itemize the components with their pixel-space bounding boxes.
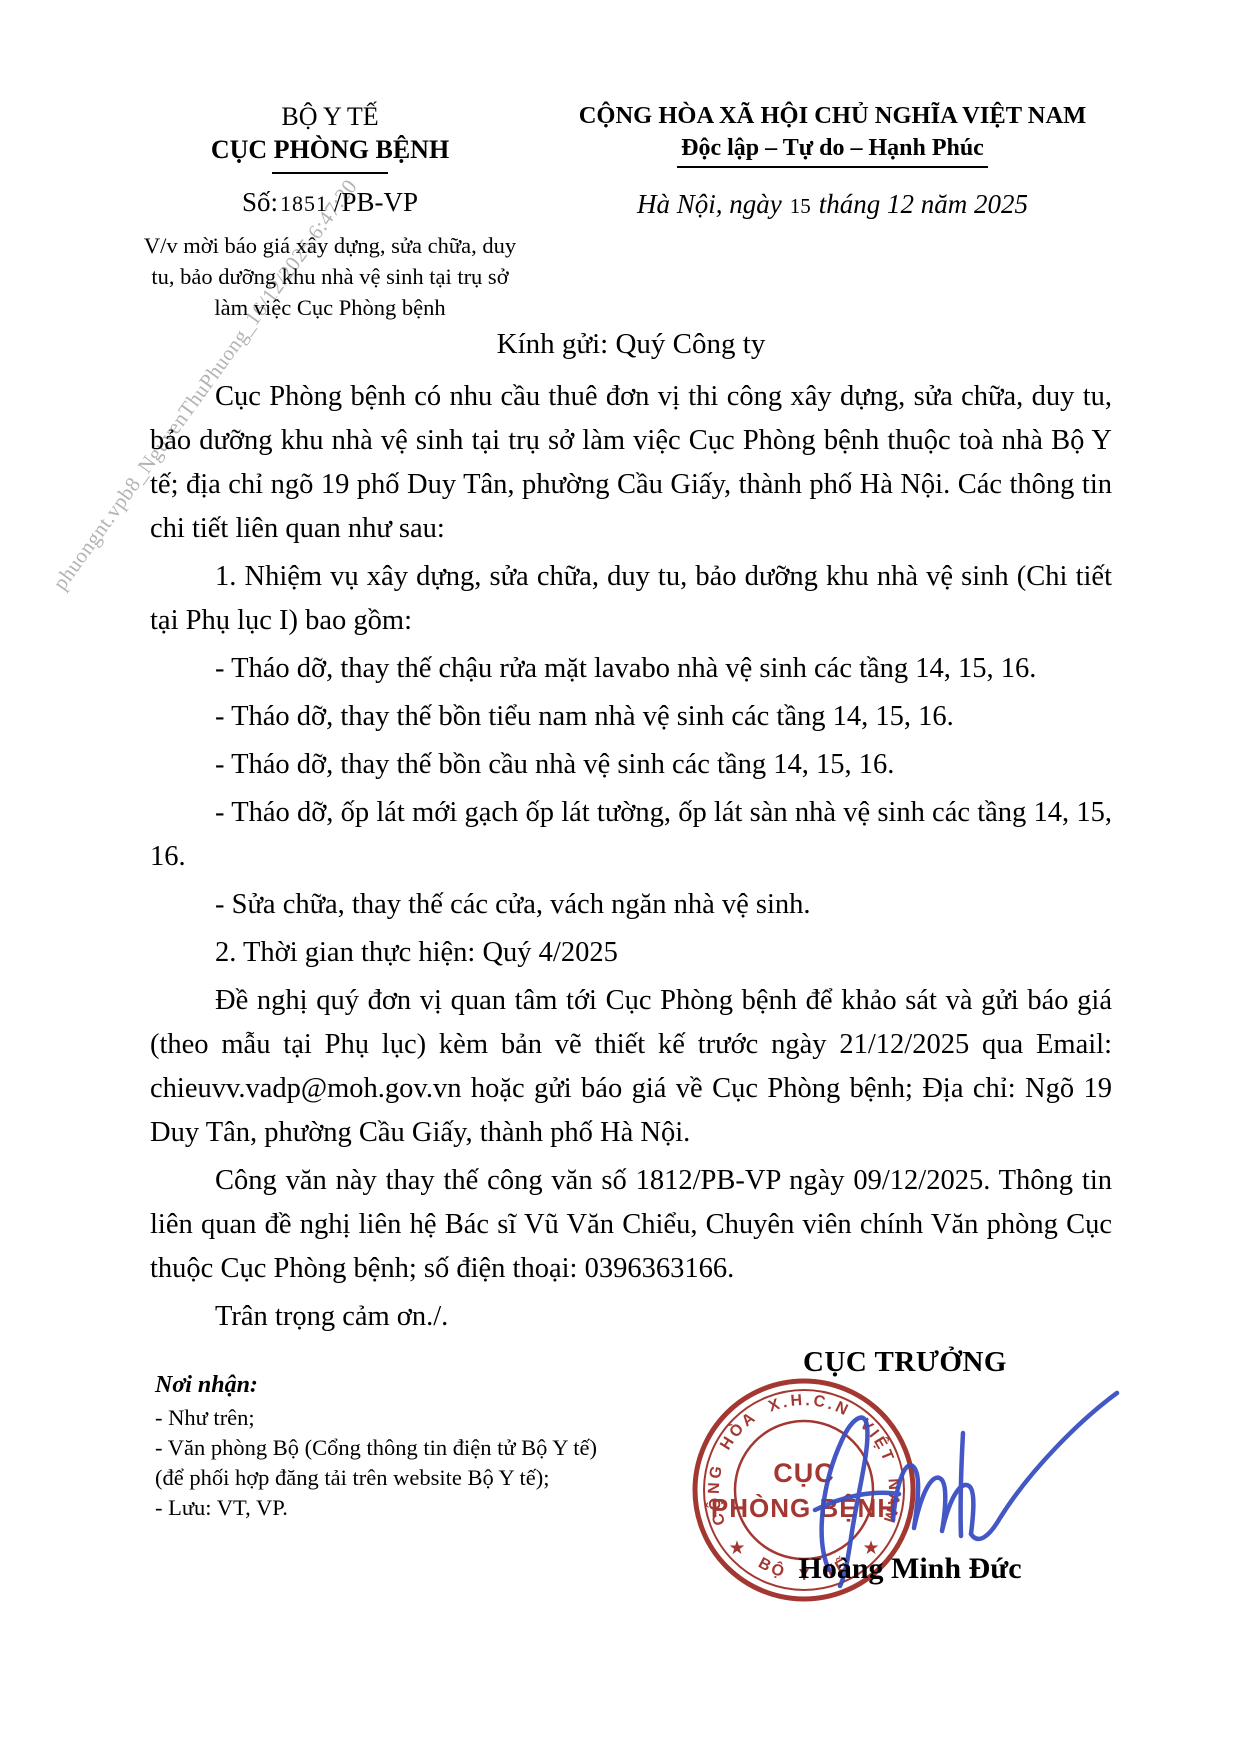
recipients-block: Nơi nhận: - Như trên; - Văn phòng Bộ (Cổ… [155, 1372, 665, 1523]
signature-stroke [961, 1433, 963, 1536]
national-motto: Độc lập – Tự do – Hạnh Phúc [677, 135, 988, 168]
recipient-item: - Lưu: VT, VP. [155, 1493, 665, 1523]
document-subject: V/v mời báo giá xây dựng, sửa chữa, duy … [135, 230, 525, 323]
national-header-block: CỘNG HÒA XÃ HỘI CHỦ NGHĨA VIỆT NAM Độc l… [545, 102, 1120, 220]
document-number: Số:1851/PB-VP [135, 187, 525, 218]
paragraph-intro: Cục Phòng bệnh có nhu cầu thuê đơn vị th… [150, 375, 1112, 551]
date-suffix: tháng 12 năm 2025 [819, 189, 1028, 219]
seal-star-left: ★ [728, 1538, 745, 1559]
document-body: Kính gửi: Quý Công ty Cục Phòng bệnh có … [150, 322, 1112, 1343]
parent-org-name: BỘ Y TẾ [135, 102, 525, 132]
bullet-item: - Tháo dỡ, thay thế bồn tiểu nam nhà vệ … [150, 695, 1112, 739]
issuing-org-block: BỘ Y TẾ CỤC PHÒNG BỆNH Số:1851/PB-VP V/v… [135, 102, 525, 323]
bullet-item: - Sửa chữa, thay thế các cửa, vách ngăn … [150, 883, 1112, 927]
recipients-label: Nơi nhận: [155, 1372, 665, 1399]
date-prefix: Hà Nội, ngày [637, 189, 782, 219]
document-number-suffix: /PB-VP [334, 187, 418, 217]
date-day: 15 [782, 194, 819, 218]
closing-line: Trân trọng cảm ơn./. [150, 1295, 1112, 1339]
paragraph-replace-note: Công văn này thay thế công văn số 1812/P… [150, 1159, 1112, 1291]
bullet-item: - Tháo dỡ, thay thế bồn cầu nhà vệ sinh … [150, 743, 1112, 787]
national-title: CỘNG HÒA XÃ HỘI CHỦ NGHĨA VIỆT NAM [545, 102, 1120, 130]
signer-name: Hoàng Minh Đức [755, 1552, 1065, 1586]
paragraph-item2: 2. Thời gian thực hiện: Quý 4/2025 [150, 931, 1112, 975]
org-name: CỤC PHÒNG BỆNH [135, 135, 525, 165]
date-line: Hà Nội, ngày15tháng 12 năm 2025 [545, 189, 1120, 220]
document-page: phuongnt.vpb8_NguyenThuPhuong_16/12/2025… [0, 0, 1241, 1755]
bullet-item: - Tháo dỡ, ốp lát mới gạch ốp lát tường,… [150, 791, 1112, 879]
paragraph-request: Đề nghị quý đơn vị quan tâm tới Cục Phòn… [150, 979, 1112, 1155]
bullet-item: - Tháo dỡ, thay thế chậu rửa mặt lavabo … [150, 647, 1112, 691]
signer-title: CỤC TRƯỞNG [705, 1346, 1105, 1379]
org-underline [272, 172, 388, 174]
salutation: Kính gửi: Quý Công ty [150, 322, 1112, 366]
signature-stroke [971, 1393, 1117, 1539]
recipient-item: (để phối hợp đăng tải trên website Bộ Y … [155, 1463, 665, 1493]
document-number-label: Số: [242, 187, 278, 217]
paragraph-item1: 1. Nhiệm vụ xây dựng, sửa chữa, duy tu, … [150, 555, 1112, 643]
recipient-item: - Văn phòng Bộ (Cổng thông tin điện tử B… [155, 1433, 665, 1463]
document-number-value: 1851 [278, 191, 334, 216]
recipient-item: - Như trên; [155, 1403, 665, 1433]
